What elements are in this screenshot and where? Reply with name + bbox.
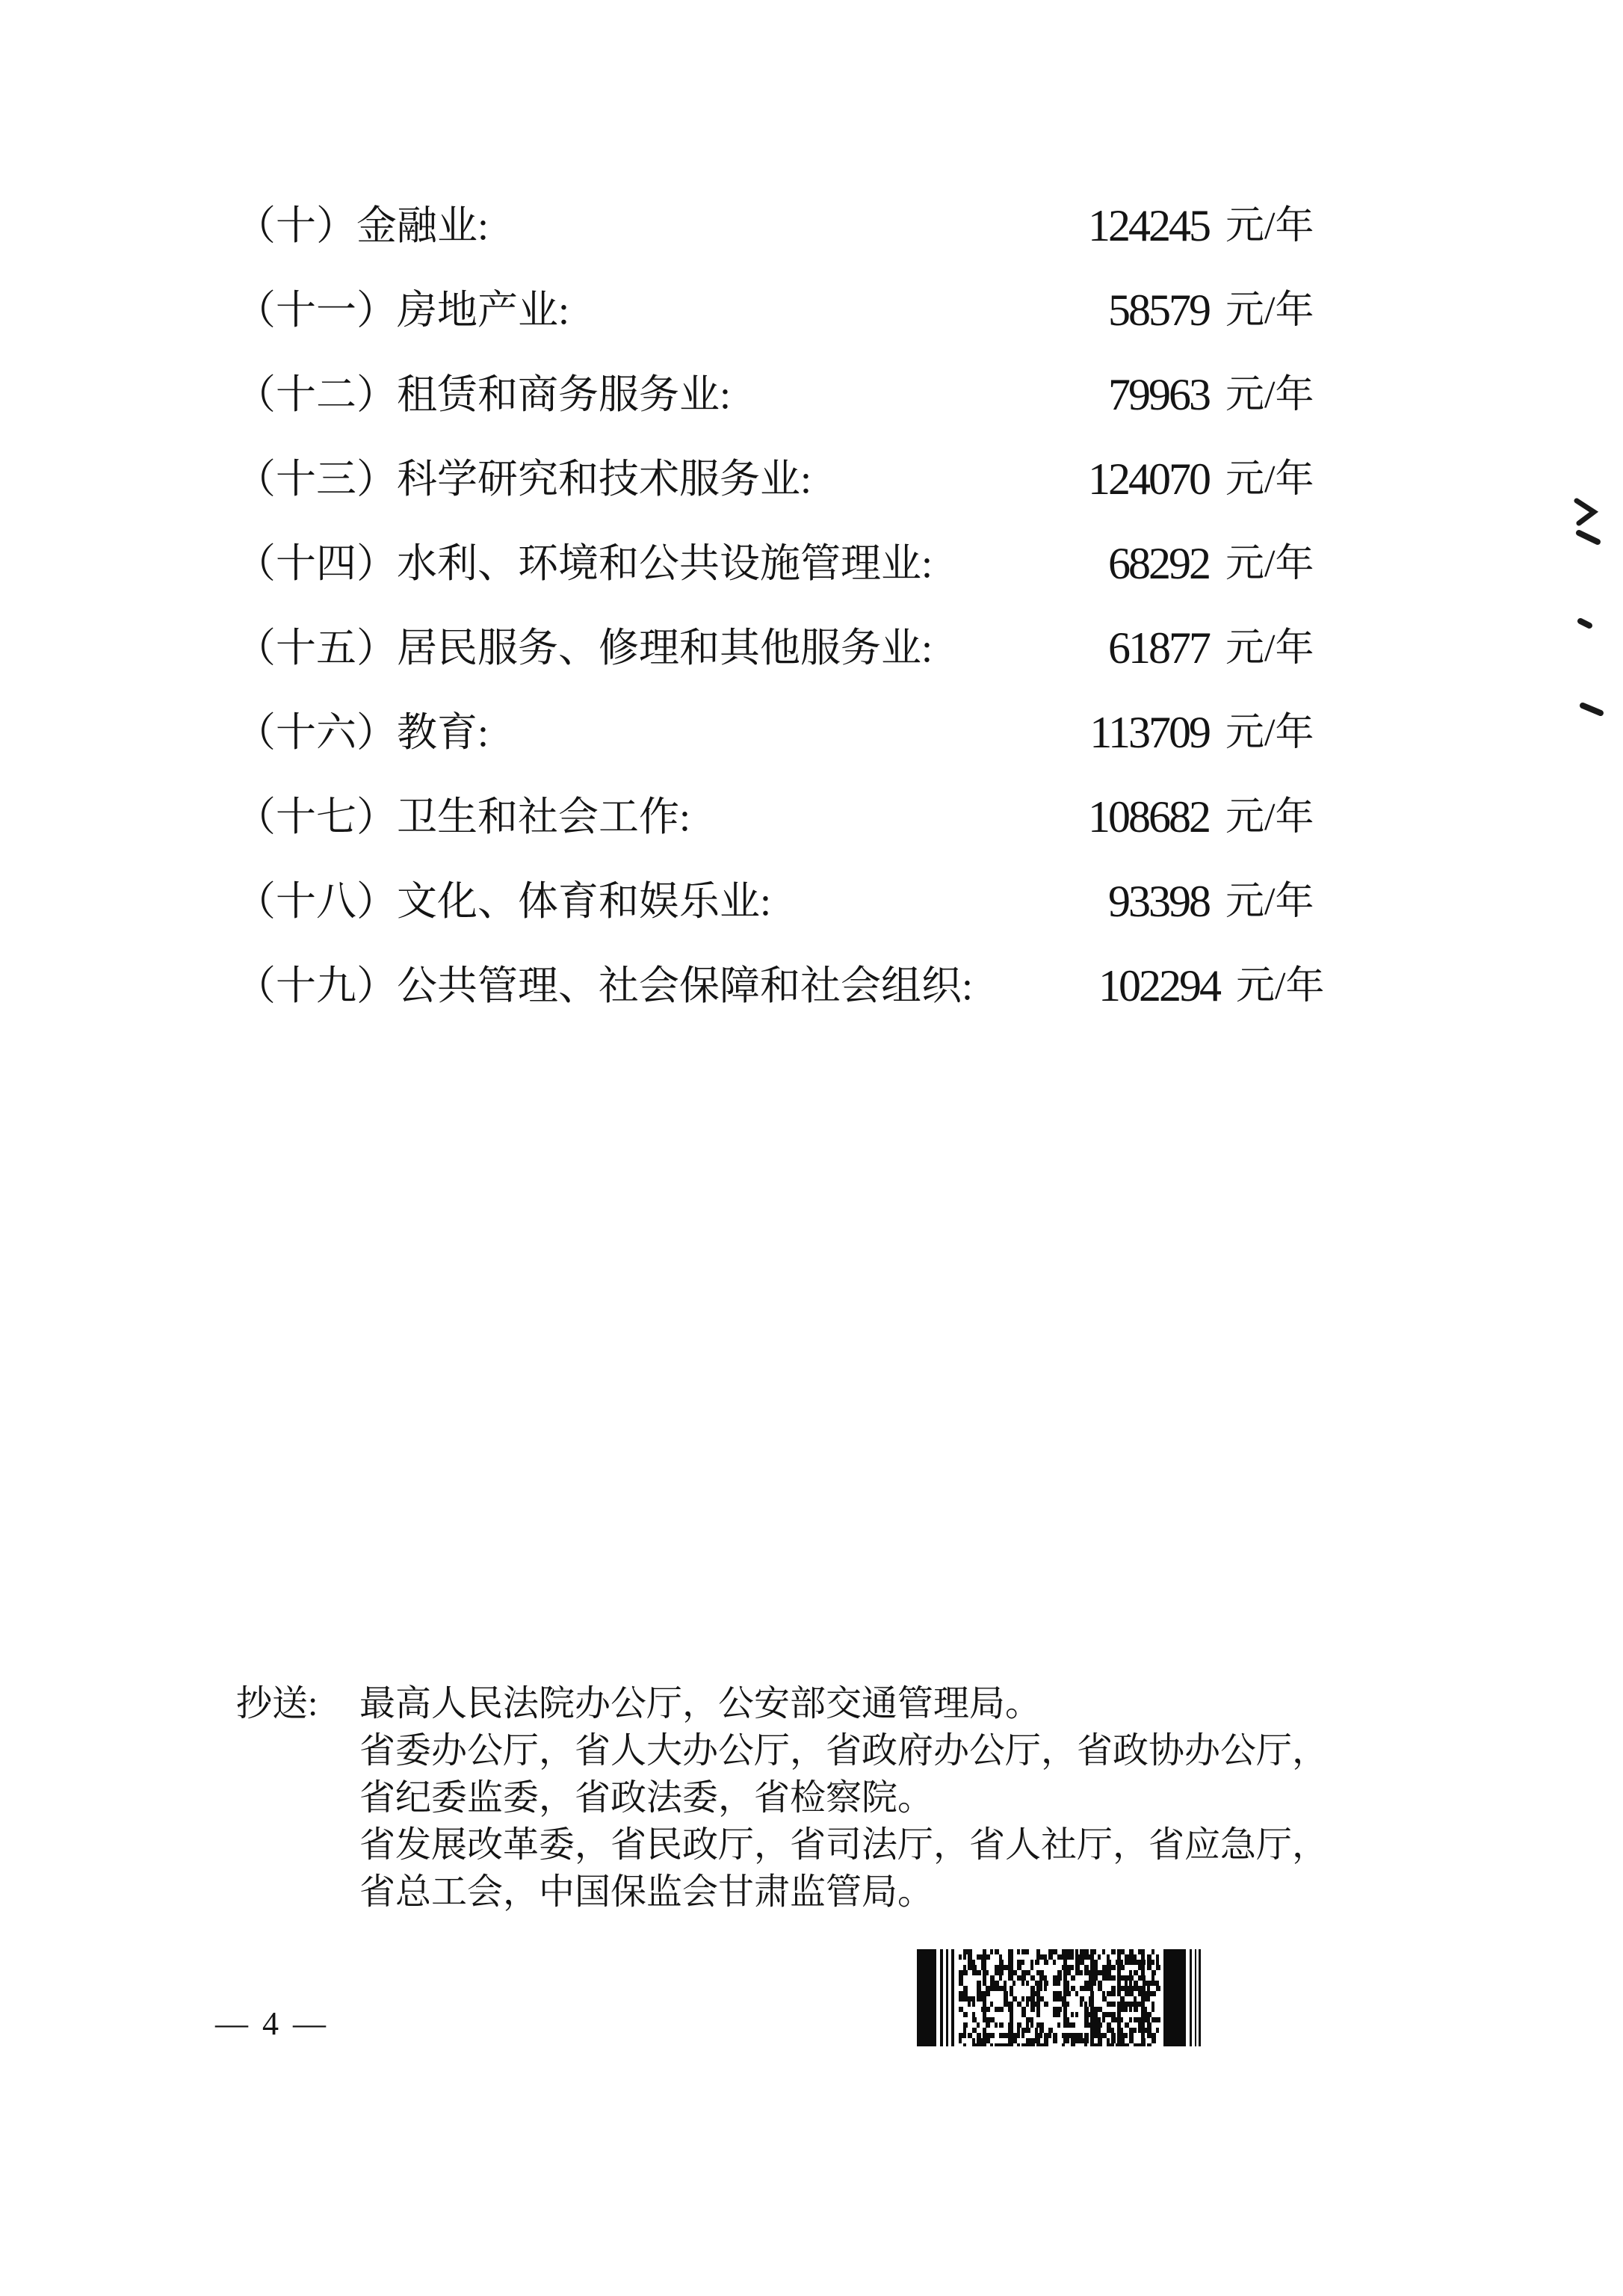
pen-mark-dash xyxy=(1579,533,1598,542)
row-spacer xyxy=(771,860,962,944)
industry-salary-list: （十）金融业: 124245 元/年 （十一）房地产业: 58579 元/年 （… xyxy=(235,184,1338,1028)
pen-mark-dash xyxy=(1583,706,1601,713)
row-spacer xyxy=(489,184,962,268)
copy-to-line: 省发展改革委，省民政厅，省司法厅，省人社厅，省应急厅， xyxy=(359,1821,1432,1868)
copy-to-line: 省纪委监委，省政法委，省检察院。 xyxy=(359,1774,1432,1821)
salary-row: （十八）文化、体育和娱乐业: 93398 元/年 xyxy=(235,860,1338,944)
industry-label: （十四）水利、环境和公共设施管理业: xyxy=(235,522,933,606)
industry-label: （十一）房地产业: xyxy=(235,268,569,353)
salary-unit: 元/年 xyxy=(1236,944,1348,1028)
salary-value: 79963 xyxy=(962,353,1209,437)
handwritten-margin-marks xyxy=(1569,490,1614,721)
industry-label: （十七）卫生和社会工作: xyxy=(235,775,690,860)
salary-row: （十九）公共管理、社会保障和社会组织: 102294 元/年 xyxy=(235,944,1338,1028)
salary-value: 93398 xyxy=(962,860,1209,944)
salary-unit: 元/年 xyxy=(1225,437,1338,522)
row-spacer xyxy=(933,606,962,691)
industry-label: （十九）公共管理、社会保障和社会组织: xyxy=(235,944,973,1028)
row-spacer xyxy=(489,691,962,775)
salary-row: （十四）水利、环境和公共设施管理业: 68292 元/年 xyxy=(235,522,1338,606)
salary-unit: 元/年 xyxy=(1225,184,1338,268)
copy-to-label: 抄送: xyxy=(236,1680,359,1916)
salary-row: （十二）租赁和商务服务业: 79963 元/年 xyxy=(235,353,1338,437)
industry-label: （十八）文化、体育和娱乐业: xyxy=(235,860,771,944)
copy-to-line: 省委办公厅，省人大办公厅，省政府办公厅，省政协办公厅， xyxy=(359,1727,1432,1774)
salary-value: 61877 xyxy=(962,606,1209,691)
copy-to-block: 抄送: 最高人民法院办公厅，公安部交通管理局。 省委办公厅，省人大办公厅，省政府… xyxy=(236,1680,1432,1916)
salary-value: 124245 xyxy=(962,184,1209,268)
industry-label: （十三）科学研究和技术服务业: xyxy=(235,437,811,522)
salary-row: （十七）卫生和社会工作: 108682 元/年 xyxy=(235,775,1338,860)
salary-unit: 元/年 xyxy=(1225,353,1338,437)
salary-row: （十一）房地产业: 58579 元/年 xyxy=(235,268,1338,353)
row-spacer xyxy=(731,353,962,437)
pen-mark-dash xyxy=(1580,621,1589,626)
salary-unit: 元/年 xyxy=(1225,268,1338,353)
copy-to-line: 省总工会，中国保监会甘肃监管局。 xyxy=(359,1868,1432,1916)
salary-unit: 元/年 xyxy=(1225,606,1338,691)
salary-unit: 元/年 xyxy=(1225,775,1338,860)
salary-row: （十六）教育: 113709 元/年 xyxy=(235,691,1338,775)
row-spacer xyxy=(811,437,962,522)
pen-marks xyxy=(1569,490,1614,721)
document-page: （十）金融业: 124245 元/年 （十一）房地产业: 58579 元/年 （… xyxy=(0,0,1623,2296)
copy-to-lines: 最高人民法院办公厅，公安部交通管理局。 省委办公厅，省人大办公厅，省政府办公厅，… xyxy=(359,1680,1432,1916)
salary-unit: 元/年 xyxy=(1225,522,1338,606)
salary-value: 58579 xyxy=(962,268,1209,353)
row-spacer xyxy=(569,268,962,353)
salary-unit: 元/年 xyxy=(1225,691,1338,775)
salary-row: （十）金融业: 124245 元/年 xyxy=(235,184,1338,268)
row-spacer xyxy=(933,522,962,606)
copy-to-line: 最高人民法院办公厅，公安部交通管理局。 xyxy=(359,1680,1432,1727)
row-spacer xyxy=(690,775,962,860)
salary-value: 124070 xyxy=(962,437,1209,522)
salary-row: （十三）科学研究和技术服务业: 124070 元/年 xyxy=(235,437,1338,522)
barcode-pattern xyxy=(917,1949,1202,2046)
industry-label: （十五）居民服务、修理和其他服务业: xyxy=(235,606,933,691)
industry-label: （十二）租赁和商务服务业: xyxy=(235,353,731,437)
salary-value: 113709 xyxy=(962,691,1209,775)
salary-value: 108682 xyxy=(962,775,1209,860)
barcode-2d xyxy=(917,1949,1202,2046)
industry-label: （十）金融业: xyxy=(235,184,489,268)
page-number: — 4 — xyxy=(215,2005,329,2043)
industry-label: （十六）教育: xyxy=(235,691,489,775)
salary-value: 68292 xyxy=(962,522,1209,606)
pen-mark-chevron xyxy=(1577,501,1594,523)
salary-unit: 元/年 xyxy=(1225,860,1338,944)
salary-row: （十五）居民服务、修理和其他服务业: 61877 元/年 xyxy=(235,606,1338,691)
salary-value: 102294 xyxy=(973,944,1219,1028)
